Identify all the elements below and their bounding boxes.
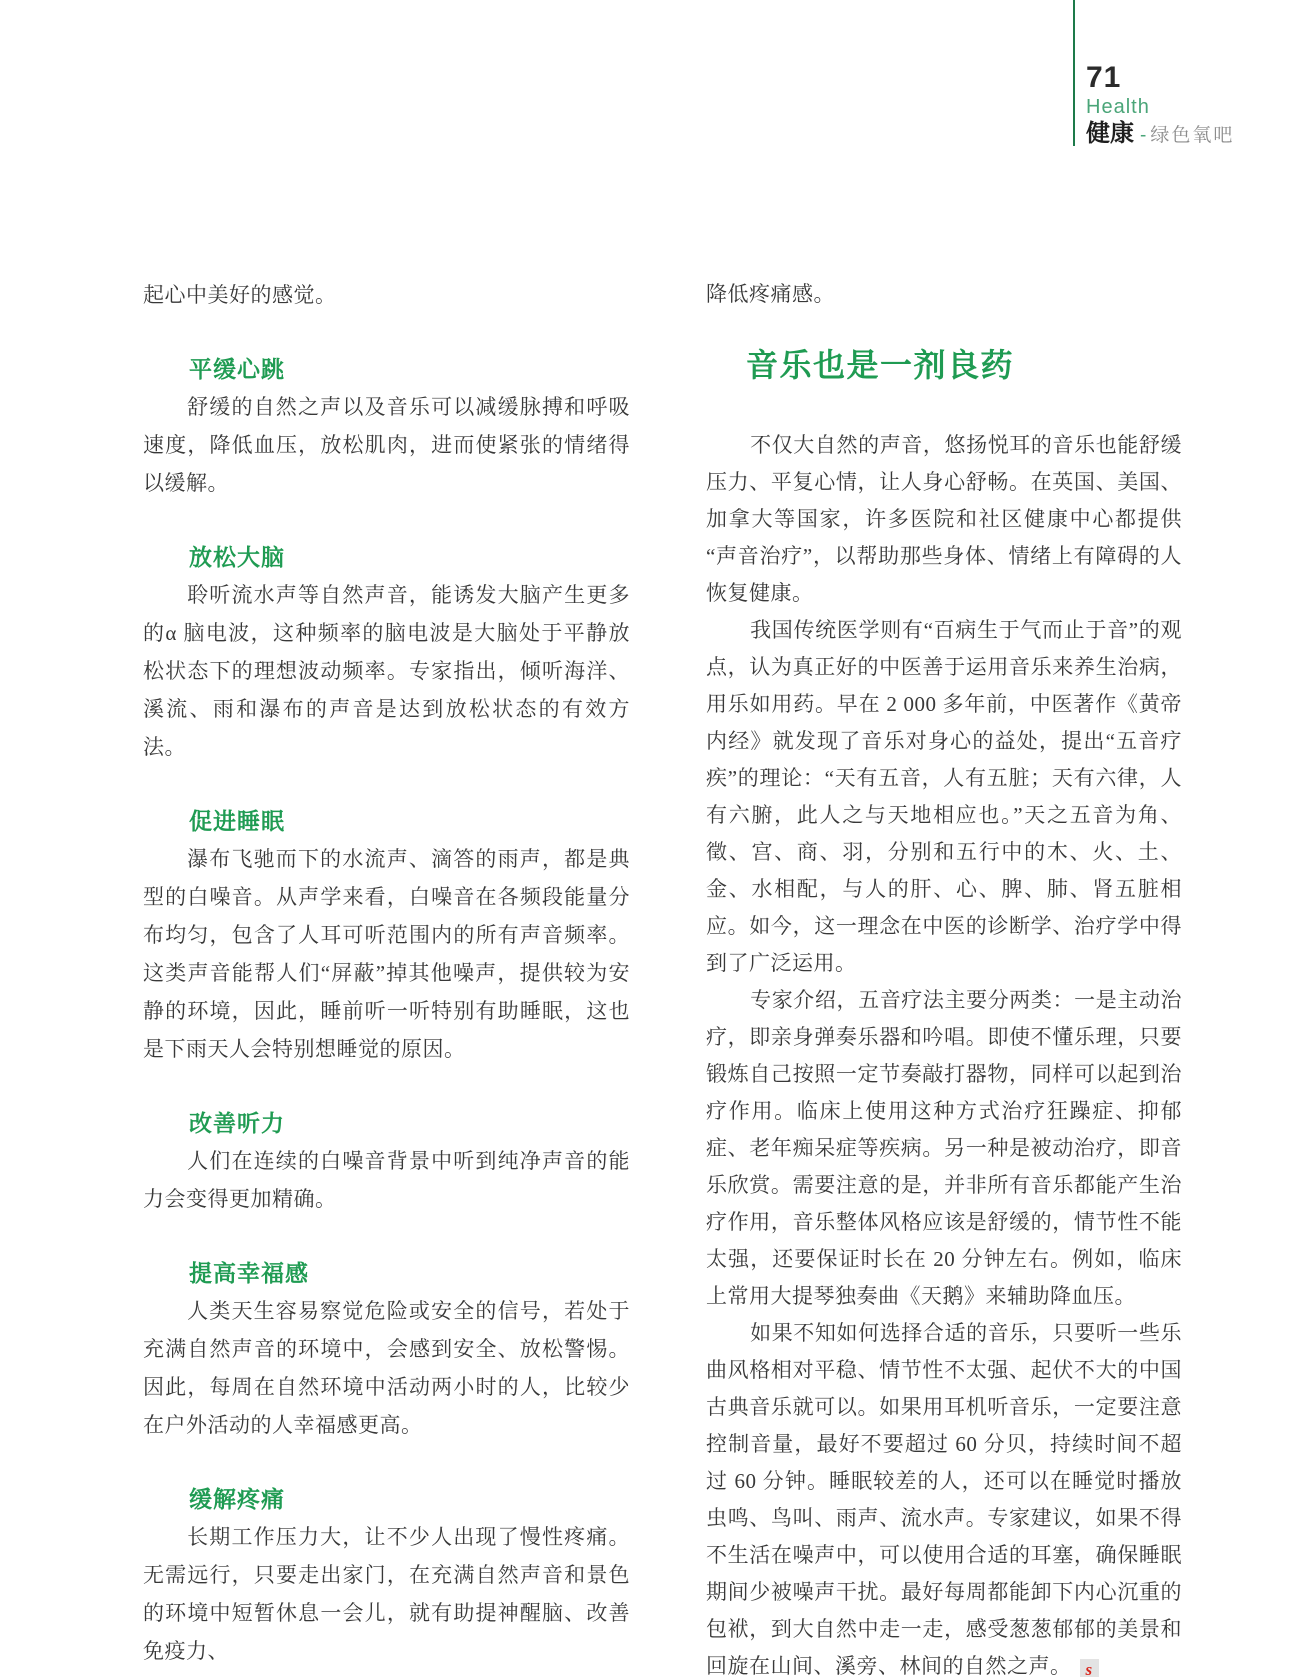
magazine-page: 71 Health 健康-绿色氧吧 起心中美好的感觉。 平缓心跳 舒缓的自然之声… [0,0,1305,1677]
section-subtitle: 绿色氧吧 [1150,125,1234,146]
section-heading-improve-hearing: 改善听力 [143,1104,630,1142]
continuation-paragraph: 降低疼痛感。 [706,276,1182,313]
section-heading-boost-happiness: 提高幸福感 [143,1254,630,1292]
article-paragraph: 专家介绍，五音疗法主要分两类：一是主动治疗，即亲身弹奏乐器和吟唱。即使不懂乐理，… [706,982,1182,1315]
section-name-line: 健康-绿色氧吧 [1086,121,1234,150]
section-body-promote-sleep: 瀑布飞驰而下的水流声、滴答的雨声，都是典型的白噪音。从声学来看，白噪音在各频段能… [143,840,630,1068]
page-number: 71 [1086,62,1234,94]
section-name-chinese: 健康 [1086,120,1134,147]
article-paragraph: 我国传统医学则有“百病生于气而止于音”的观点，认为真正好的中医善于运用音乐来养生… [706,612,1182,982]
section-body-relax-brain: 聆听流水声等自然声音，能诱发大脑产生更多的α 脑电波，这种频率的脑电波是大脑处于… [143,576,630,766]
right-column: 降低疼痛感。 音乐也是一剂良药 不仅大自然的声音，悠扬悦耳的音乐也能舒缓压力、平… [706,276,1182,1677]
article-heading-music-medicine: 音乐也是一剂良药 [706,343,1182,387]
section-body-relieve-pain: 长期工作压力大，让不少人出现了慢性疼痛。无需远行，只要走出家门，在充满自然声音和… [143,1518,630,1670]
section-body-calm-heartbeat: 舒缓的自然之声以及音乐可以减缓脉搏和呼吸速度，降低血压，放松肌肉，进而使紧张的情… [143,388,630,502]
article-paragraph-text: 如果不知如何选择合适的音乐，只要听一些乐曲风格相对平稳、情节性不太强、起伏不大的… [706,1321,1182,1677]
article-end-mark-icon: s [1080,1659,1099,1677]
header-vertical-rule [1073,0,1075,146]
section-name-english: Health [1086,96,1234,118]
article-paragraph: 不仅大自然的声音，悠扬悦耳的音乐也能舒缓压力、平复心情，让人身心舒畅。在英国、美… [706,427,1182,612]
continuation-paragraph: 起心中美好的感觉。 [143,276,630,314]
section-separator: - [1140,125,1146,146]
section-heading-relieve-pain: 缓解疼痛 [143,1480,630,1518]
section-heading-relax-brain: 放松大脑 [143,538,630,576]
section-body-improve-hearing: 人们在连续的白噪音背景中听到纯净声音的能力会变得更加精确。 [143,1142,630,1218]
section-heading-calm-heartbeat: 平缓心跳 [143,350,630,388]
left-column: 起心中美好的感觉。 平缓心跳 舒缓的自然之声以及音乐可以减缓脉搏和呼吸速度，降低… [143,276,630,1670]
page-header: 71 Health 健康-绿色氧吧 [1086,62,1234,150]
section-heading-promote-sleep: 促进睡眠 [143,802,630,840]
section-body-boost-happiness: 人类天生容易察觉危险或安全的信号，若处于充满自然声音的环境中，会感到安全、放松警… [143,1292,630,1444]
article-paragraph-last: 如果不知如何选择合适的音乐，只要听一些乐曲风格相对平稳、情节性不太强、起伏不大的… [706,1315,1182,1677]
